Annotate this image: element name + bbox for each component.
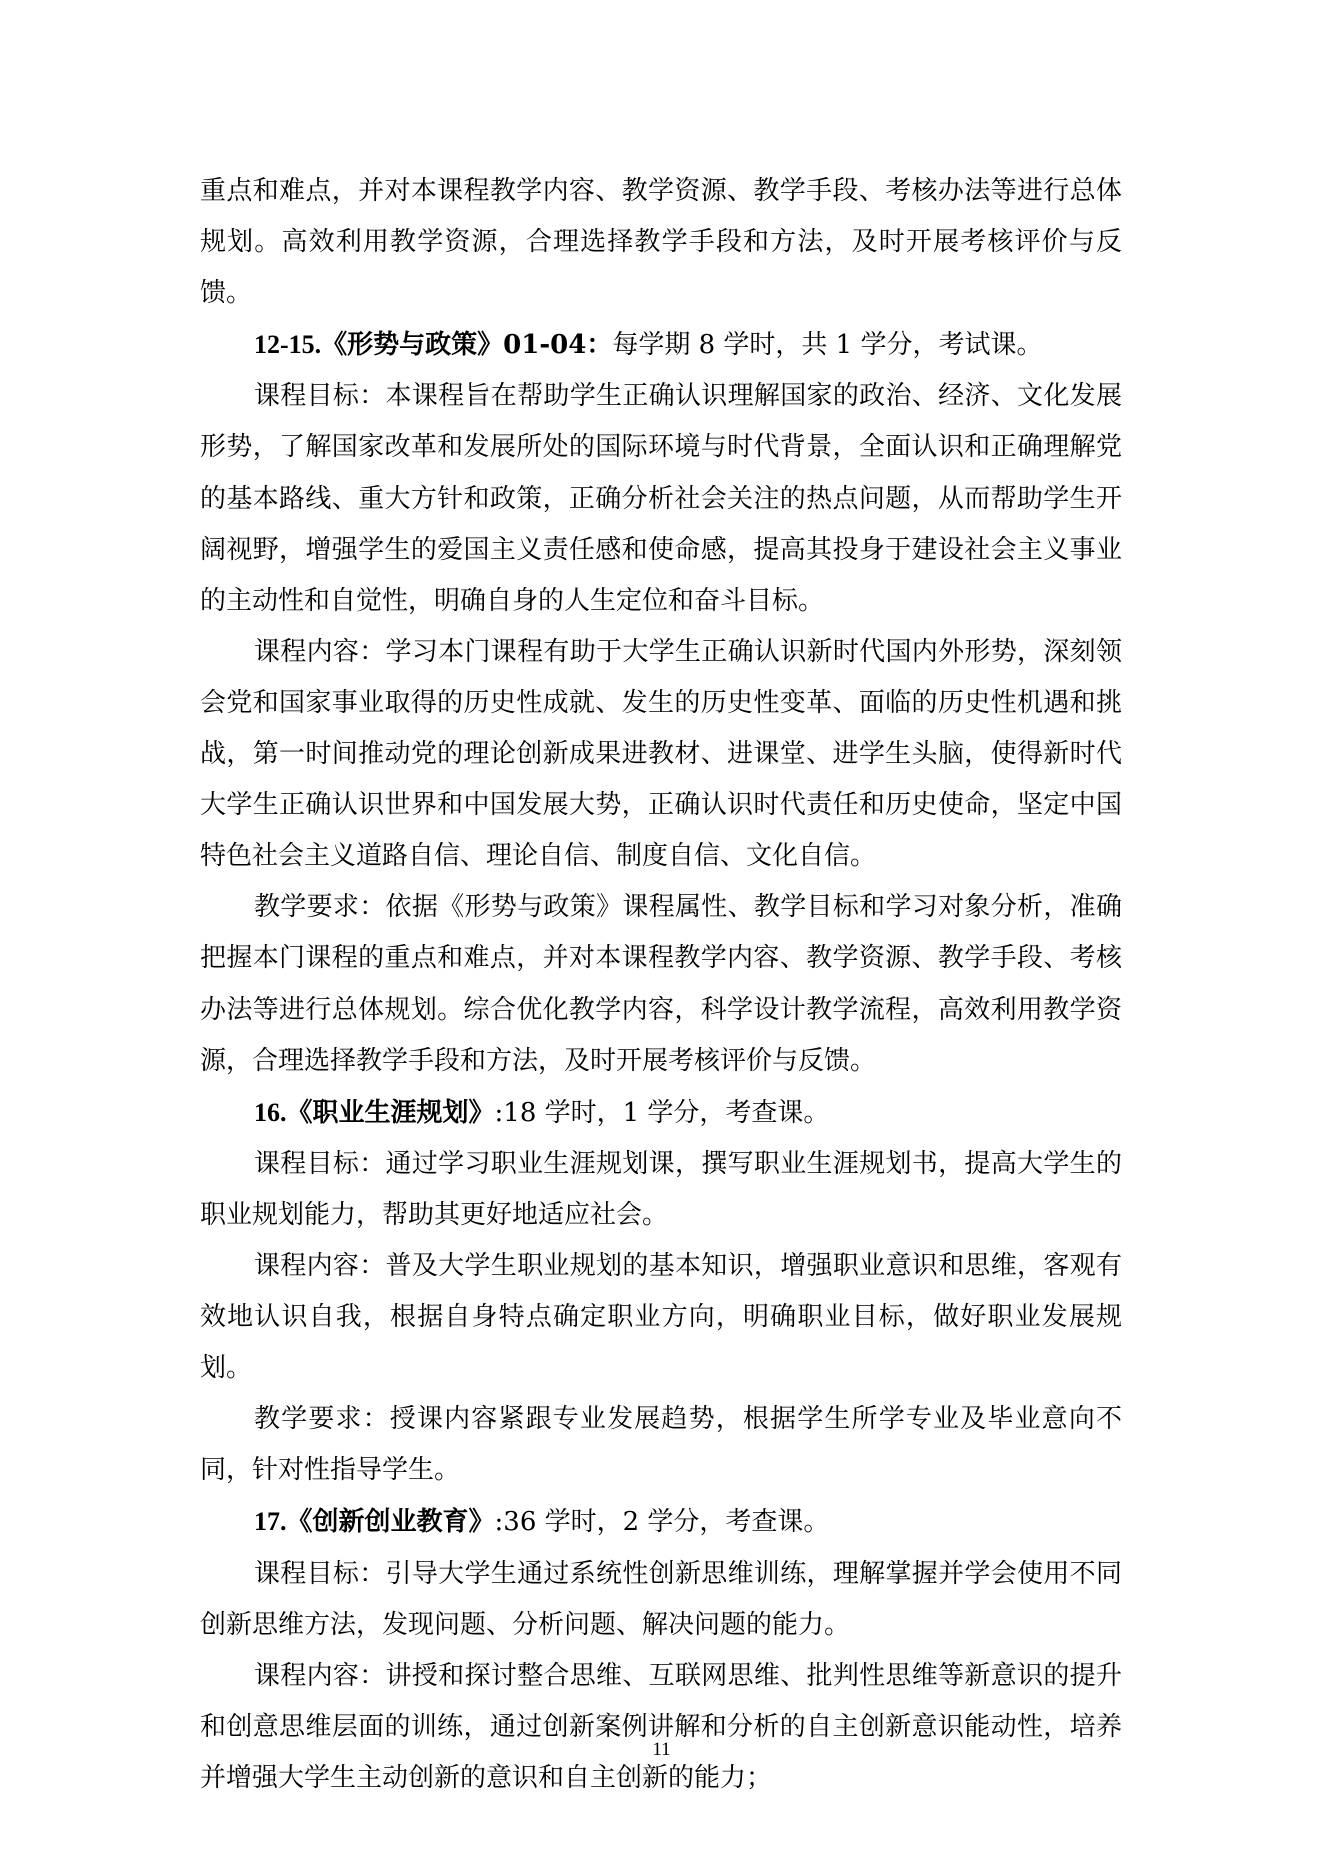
course-heading-career-planning: 16.《职业生涯规划》:18 学时，1 学分，考查课。 [200,1087,1122,1139]
course-heading-situation-and-policy: 12-15.《形势与政策》01-04：每学期 8 学时，共 1 学分，考试课。 [200,319,1122,371]
paragraph-teaching-requirements: 教学要求：依据《形势与政策》课程属性、教学目标和学习对象分析，准确把握本门课程的… [200,882,1122,1086]
paragraph-course-content: 课程内容：学习本门课程有助于大学生正确认识新时代国内外形势，深刻领会党和国家事业… [200,627,1122,882]
course-number: 16. [254,1098,287,1127]
course-title: 《创新创业教育》 [287,1507,495,1537]
document-page: 重点和难点，并对本课程教学内容、教学资源、教学手段、考核办法等进行总体规划。高效… [200,166,1122,1804]
course-hours-credits: :18 学时，1 学分，考查课。 [495,1098,830,1128]
paragraph-teaching-requirements: 教学要求：授课内容紧跟专业发展趋势，根据学生所学专业及毕业意向不同，针对性指导学… [200,1394,1122,1496]
paragraph-continuation: 重点和难点，并对本课程教学内容、教学资源、教学手段、考核办法等进行总体规划。高效… [200,166,1122,319]
course-number: 12-15. [254,330,321,359]
paragraph-course-content: 课程内容：讲授和探讨整合思维、互联网思维、批判性思维等新意识的提升和创意思维层面… [200,1651,1122,1804]
course-hours-credits: 每学期 8 学时，共 1 学分，考试课。 [612,330,1042,360]
course-hours-credits: :36 学时，2 学分，考查课。 [495,1507,830,1537]
course-title: 《形势与政策》01-04： [321,330,612,360]
course-number: 17. [254,1507,287,1536]
course-heading-innovation-entrepreneurship: 17.《创新创业教育》:36 学时，2 学分，考查课。 [200,1496,1122,1548]
paragraph-course-objective: 课程目标：引导大学生通过系统性创新思维训练，理解掌握并学会使用不同创新思维方法，… [200,1549,1122,1651]
paragraph-course-content: 课程内容：普及大学生职业规划的基本知识，增强职业意识和思维，客观有效地认识自我，… [200,1241,1122,1394]
course-title: 《职业生涯规划》 [287,1098,495,1128]
page-number: 11 [0,1737,1323,1763]
paragraph-course-objective: 课程目标：通过学习职业生涯规划课，撰写职业生涯规划书，提高大学生的职业规划能力，… [200,1139,1122,1241]
paragraph-course-objective: 课程目标：本课程旨在帮助学生正确认识理解国家的政治、经济、文化发展形势，了解国家… [200,371,1122,626]
